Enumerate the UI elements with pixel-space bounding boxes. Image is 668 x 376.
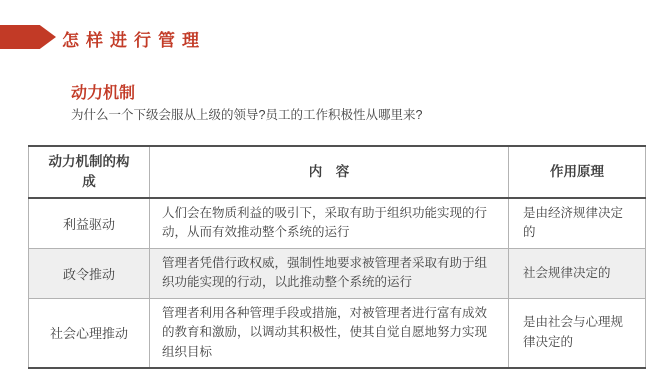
- table-row: 社会心理推动 管理者利用各种管理手段或措施，对被管理者进行富有成效的教育和激励，…: [29, 298, 646, 368]
- table-row: 利益驱动 人们会在物质利益的吸引下，采取有助于组织功能实现的行动，从而有效推动整…: [29, 198, 646, 248]
- row-name: 利益驱动: [29, 198, 150, 248]
- row-principle: 是由社会与心理规律决定的: [509, 298, 646, 368]
- column-header-composition: 动力机制的构成: [29, 146, 150, 198]
- row-content: 管理者凭借行政权威，强制性地要求被管理者采取有助于组织功能实现的行动，以此推动整…: [150, 248, 509, 298]
- row-content: 人们会在物质利益的吸引下，采取有助于组织功能实现的行动，从而有效推动整个系统的运…: [150, 198, 509, 248]
- page-title: 怎样进行管理: [62, 26, 206, 51]
- table-row: 政令推动 管理者凭借行政权威，强制性地要求被管理者采取有助于组织功能实现的行动，…: [29, 248, 646, 298]
- row-name: 政令推动: [29, 248, 150, 298]
- row-content: 管理者利用各种管理手段或措施，对被管理者进行富有成效的教育和激励，以调动其积极性…: [150, 298, 509, 368]
- row-principle: 是由经济规律决定的: [509, 198, 646, 248]
- row-principle: 社会规律决定的: [509, 248, 646, 298]
- row-name: 社会心理推动: [29, 298, 150, 368]
- slide: 怎样进行管理 动力机制 为什么一个下级会服从上级的领导?员工的工作积极性从哪里来…: [0, 0, 668, 376]
- column-header-principle: 作用原理: [509, 146, 646, 198]
- column-header-content: 内 容: [150, 146, 509, 198]
- mechanism-table: 动力机制的构成 内 容 作用原理 利益驱动 人们会在物质利益的吸引下，采取有助于…: [28, 145, 646, 369]
- section-heading: 动力机制: [71, 80, 135, 103]
- question-text: 为什么一个下级会服从上级的领导?员工的工作积极性从哪里来?: [71, 105, 422, 123]
- table-header-row: 动力机制的构成 内 容 作用原理: [29, 146, 646, 198]
- banner-arrow-icon: [0, 25, 56, 49]
